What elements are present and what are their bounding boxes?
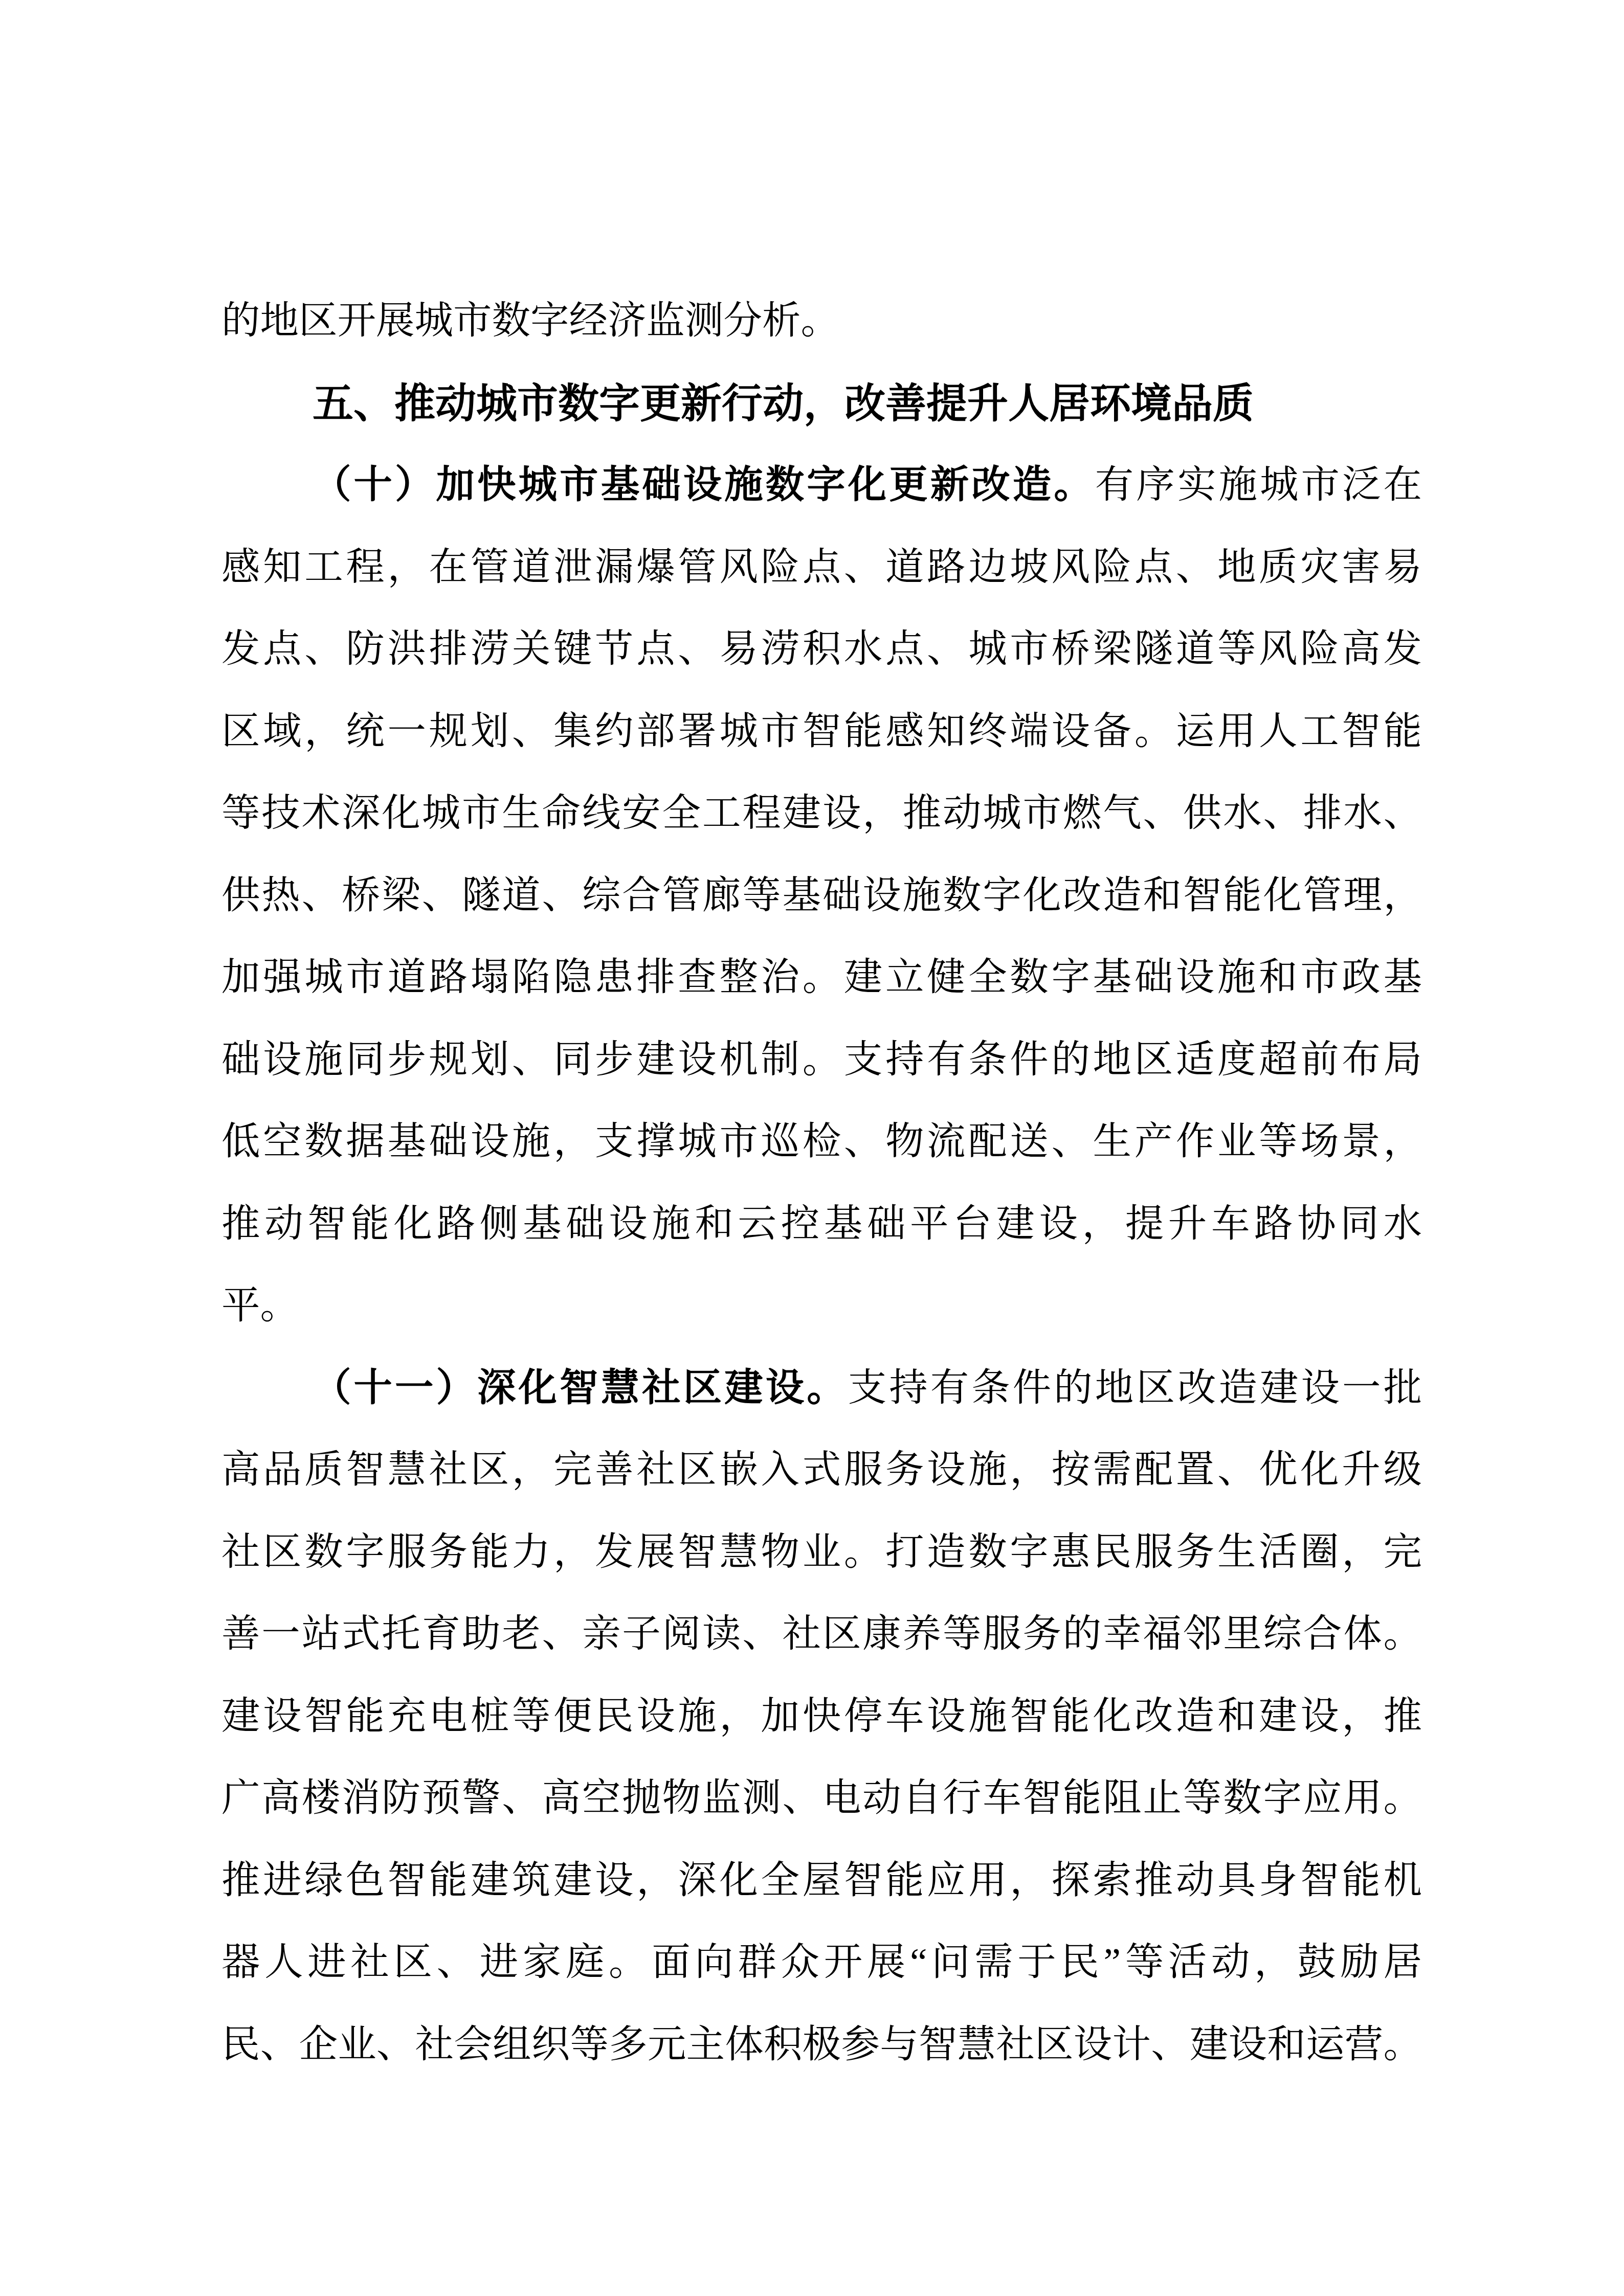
body-text: 推进绿色智能建筑建设，深化全屋智能应用，探索推动具身智能机 — [221, 1859, 1422, 1902]
text-line: 善一站式托育助老、亲子阅读、社区康养等服务的幸福邻里综合体。 — [221, 1593, 1422, 1676]
body-text: 低空数据基础设施，支撑城市巡检、物流配送、生产作业等场景， — [221, 1120, 1422, 1163]
body-text: 发点、防洪排涝关键节点、易涝积水点、城市桥梁隧道等风险高发 — [221, 628, 1422, 670]
text-line: 区域，统一规划、集约部署城市智能感知终端设备。运用人工智能 — [221, 691, 1422, 773]
document-text-block: 的地区开展城市数字经济监测分析。五、推动城市数字更新行动，改善提升人居环境品质（… — [221, 280, 1422, 2086]
body-text: 高品质智慧社区，完善社区嵌入式服务设施，按需配置、优化升级 — [221, 1449, 1422, 1491]
body-text: 区域，统一规划、集约部署城市智能感知终端设备。运用人工智能 — [221, 710, 1422, 753]
paragraph-lead-text: （十一）深化智慧社区建设。 — [313, 1367, 848, 1409]
text-line: 建设智能充电桩等便民设施，加快停车设施智能化改造和建设，推 — [221, 1676, 1422, 1758]
text-line: 推进绿色智能建筑建设，深化全屋智能应用，探索推动具身智能机 — [221, 1840, 1422, 1922]
body-text: 建设智能充电桩等便民设施，加快停车设施智能化改造和建设，推 — [221, 1695, 1422, 1738]
body-text: 加强城市道路塌陷隐患排查整治。建立健全数字基础设施和市政基 — [221, 956, 1422, 999]
section-heading: 五、推动城市数字更新行动，改善提升人居环境品质 — [221, 363, 1422, 445]
paragraph-lead-text: （十）加快城市基础设施数字化更新改造。 — [313, 464, 1095, 506]
text-line: 础设施同步规划、同步建设机制。支持有条件的地区适度超前布局 — [221, 1019, 1422, 1101]
body-text: 础设施同步规划、同步建设机制。支持有条件的地区适度超前布局 — [221, 1039, 1422, 1081]
text-line: 加强城市道路塌陷隐患排查整治。建立健全数字基础设施和市政基 — [221, 937, 1422, 1019]
body-text: 等技术深化城市生命线安全工程建设，推动城市燃气、供水、排水、 — [221, 792, 1422, 835]
body-text: 支持有条件的地区改造建设一批 — [848, 1367, 1422, 1409]
text-line: 器人进社区、进家庭。面向群众开展“问需于民”等活动，鼓励居 — [221, 1922, 1422, 2004]
body-text: 善一站式托育助老、亲子阅读、社区康养等服务的幸福邻里综合体。 — [221, 1613, 1422, 1655]
text-line: 的地区开展城市数字经济监测分析。 — [221, 280, 1422, 363]
body-text: 供热、桥梁、隧道、综合管廊等基础设施数字化改造和智能化管理， — [221, 874, 1422, 917]
text-line: 低空数据基础设施，支撑城市巡检、物流配送、生产作业等场景， — [221, 1101, 1422, 1183]
text-line: （十）加快城市基础设施数字化更新改造。有序实施城市泛在 — [221, 444, 1422, 527]
text-line: 供热、桥梁、隧道、综合管廊等基础设施数字化改造和智能化管理， — [221, 855, 1422, 937]
text-line: 平。 — [221, 1265, 1422, 1347]
body-text: 有序实施城市泛在 — [1095, 464, 1422, 506]
body-text: 感知工程，在管道泄漏爆管风险点、道路边坡风险点、地质灾害易 — [221, 546, 1422, 589]
text-line: 等技术深化城市生命线安全工程建设，推动城市燃气、供水、排水、 — [221, 773, 1422, 855]
document-page: 的地区开展城市数字经济监测分析。五、推动城市数字更新行动，改善提升人居环境品质（… — [0, 0, 1624, 2296]
body-text: 器人进社区、进家庭。面向群众开展“问需于民”等活动，鼓励居 — [221, 1941, 1422, 1984]
body-text: 的地区开展城市数字经济监测分析。 — [221, 300, 839, 342]
text-line: 社区数字服务能力，发展智慧物业。打造数字惠民服务生活圈，完 — [221, 1512, 1422, 1594]
text-line: 高品质智慧社区，完善社区嵌入式服务设施，按需配置、优化升级 — [221, 1429, 1422, 1512]
body-text: 社区数字服务能力，发展智慧物业。打造数字惠民服务生活圈，完 — [221, 1531, 1422, 1573]
text-line: 推动智能化路侧基础设施和云控基础平台建设，提升车路协同水 — [221, 1183, 1422, 1266]
text-line: 感知工程，在管道泄漏爆管风险点、道路边坡风险点、地质灾害易 — [221, 527, 1422, 609]
body-text: 平。 — [221, 1285, 299, 1327]
body-text: 推动智能化路侧基础设施和云控基础平台建设，提升车路协同水 — [221, 1203, 1422, 1245]
text-line: 广高楼消防预警、高空抛物监测、电动自行车智能阻止等数字应用。 — [221, 1758, 1422, 1840]
body-text: 民、企业、社会组织等多元主体积极参与智慧社区设计、建设和运营。 — [221, 2023, 1422, 2066]
text-line: 发点、防洪排涝关键节点、易涝积水点、城市桥梁隧道等风险高发 — [221, 609, 1422, 691]
body-text: 广高楼消防预警、高空抛物监测、电动自行车智能阻止等数字应用。 — [221, 1777, 1422, 1819]
paragraph-lead-text: 五、推动城市数字更新行动，改善提升人居环境品质 — [313, 380, 1254, 426]
text-line: 民、企业、社会组织等多元主体积极参与智慧社区设计、建设和运营。 — [221, 2004, 1422, 2086]
text-line: （十一）深化智慧社区建设。支持有条件的地区改造建设一批 — [221, 1347, 1422, 1430]
